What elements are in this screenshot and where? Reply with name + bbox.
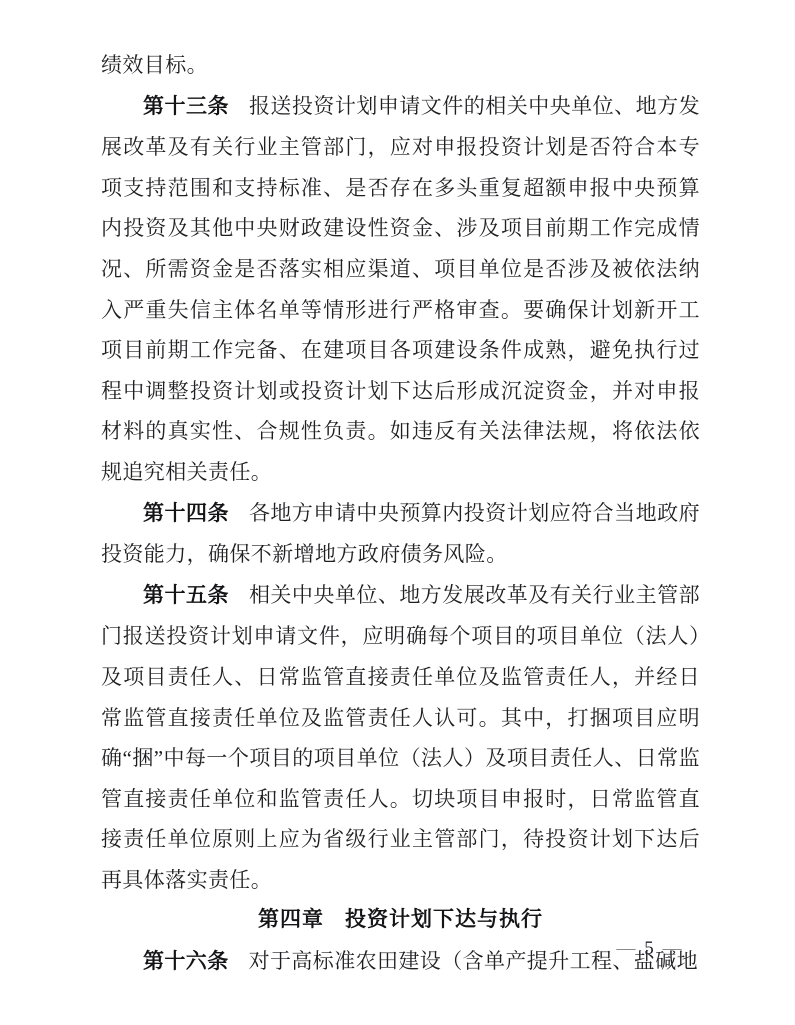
- article-13-text: 报送投资计划申请文件的相关中央单位、地方发展改革及有关行业主管部门，应对申报投资…: [101, 94, 700, 484]
- article-14-paragraph: 第十四条各地方申请中央预算内投资计划应符合当地政府投资能力，确保不新增地方政府债…: [101, 493, 700, 575]
- page-number-value: 5: [644, 938, 656, 959]
- page-number-dash-left: —: [617, 938, 638, 959]
- article-15-number: 第十五条: [143, 584, 229, 607]
- chapter-4-label: 第四章: [258, 908, 324, 931]
- article-16-number: 第十六条: [143, 950, 229, 973]
- article-15-text: 相关中央单位、地方发展改革及有关行业主管部门报送投资计划申请文件，应明确每个项目…: [101, 583, 700, 892]
- article-13-number: 第十三条: [143, 95, 229, 118]
- page-number: — 5 —: [580, 936, 720, 962]
- page-number-dash-right: —: [663, 938, 684, 959]
- chapter-4-heading: 第四章投资计划下达与执行: [101, 900, 700, 941]
- article-14-number: 第十四条: [143, 502, 229, 525]
- intro-continuation-line: 绩效目标。: [101, 45, 700, 86]
- chapter-4-title: 投资计划下达与执行: [345, 908, 543, 931]
- document-body: 绩效目标。 第十三条报送投资计划申请文件的相关中央单位、地方发展改革及有关行业主…: [101, 45, 700, 983]
- article-15-paragraph: 第十五条相关中央单位、地方发展改革及有关行业主管部门报送投资计划申请文件，应明确…: [101, 575, 700, 901]
- document-page: 绩效目标。 第十三条报送投资计划申请文件的相关中央单位、地方发展改革及有关行业主…: [0, 0, 795, 1025]
- article-13-paragraph: 第十三条报送投资计划申请文件的相关中央单位、地方发展改革及有关行业主管部门，应对…: [101, 86, 700, 493]
